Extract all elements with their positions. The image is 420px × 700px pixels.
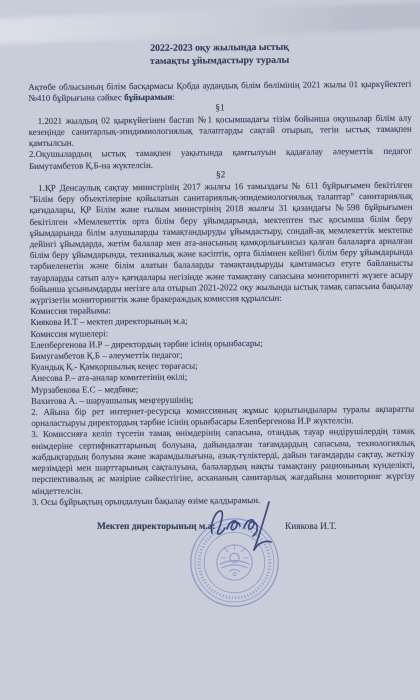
- intro-colon: :: [172, 92, 175, 102]
- intro-text: Ақтөбе облысының білім басқармасы Қобда …: [28, 79, 411, 104]
- signer-name: Киякова И.Т.: [285, 522, 336, 532]
- handwritten-signature: [207, 498, 285, 554]
- document-body: 2022-2023 оқу жылында ыстық тамақты ұйым…: [28, 41, 415, 508]
- paper-crease-highlight: [0, 1, 420, 45]
- section2-paragraph-1: 1.ҚР Денсаулық сақтау министрінің 2017 ж…: [29, 180, 413, 307]
- section1-paragraph-1: 1.2021 жылдың 02 қыркүйегінен бастап №1 …: [29, 112, 412, 149]
- commission-list: Комиссия төрайымы: Киякова И.Т – мектеп …: [30, 303, 414, 407]
- section2-paragraph-2: 2. Айына бір рет интернет-ресурсқа комис…: [31, 404, 414, 430]
- section2-paragraph-3: 3. Комиссияға келіп түсетін тамақ өнімде…: [31, 426, 415, 497]
- signer-role-label: Мектеп директорының м.а:: [97, 522, 215, 532]
- section1-paragraph-2: 2.Оқушылардың ыстық тамақпен уақытында қ…: [29, 146, 412, 172]
- scanned-document-page: 2022-2023 оқу жылында ыстық тамақты ұйым…: [0, 0, 420, 700]
- intro-order-word: бұйырамын: [124, 92, 172, 102]
- intro-paragraph: Ақтөбе облысының білім басқармасы Қобда …: [28, 79, 411, 105]
